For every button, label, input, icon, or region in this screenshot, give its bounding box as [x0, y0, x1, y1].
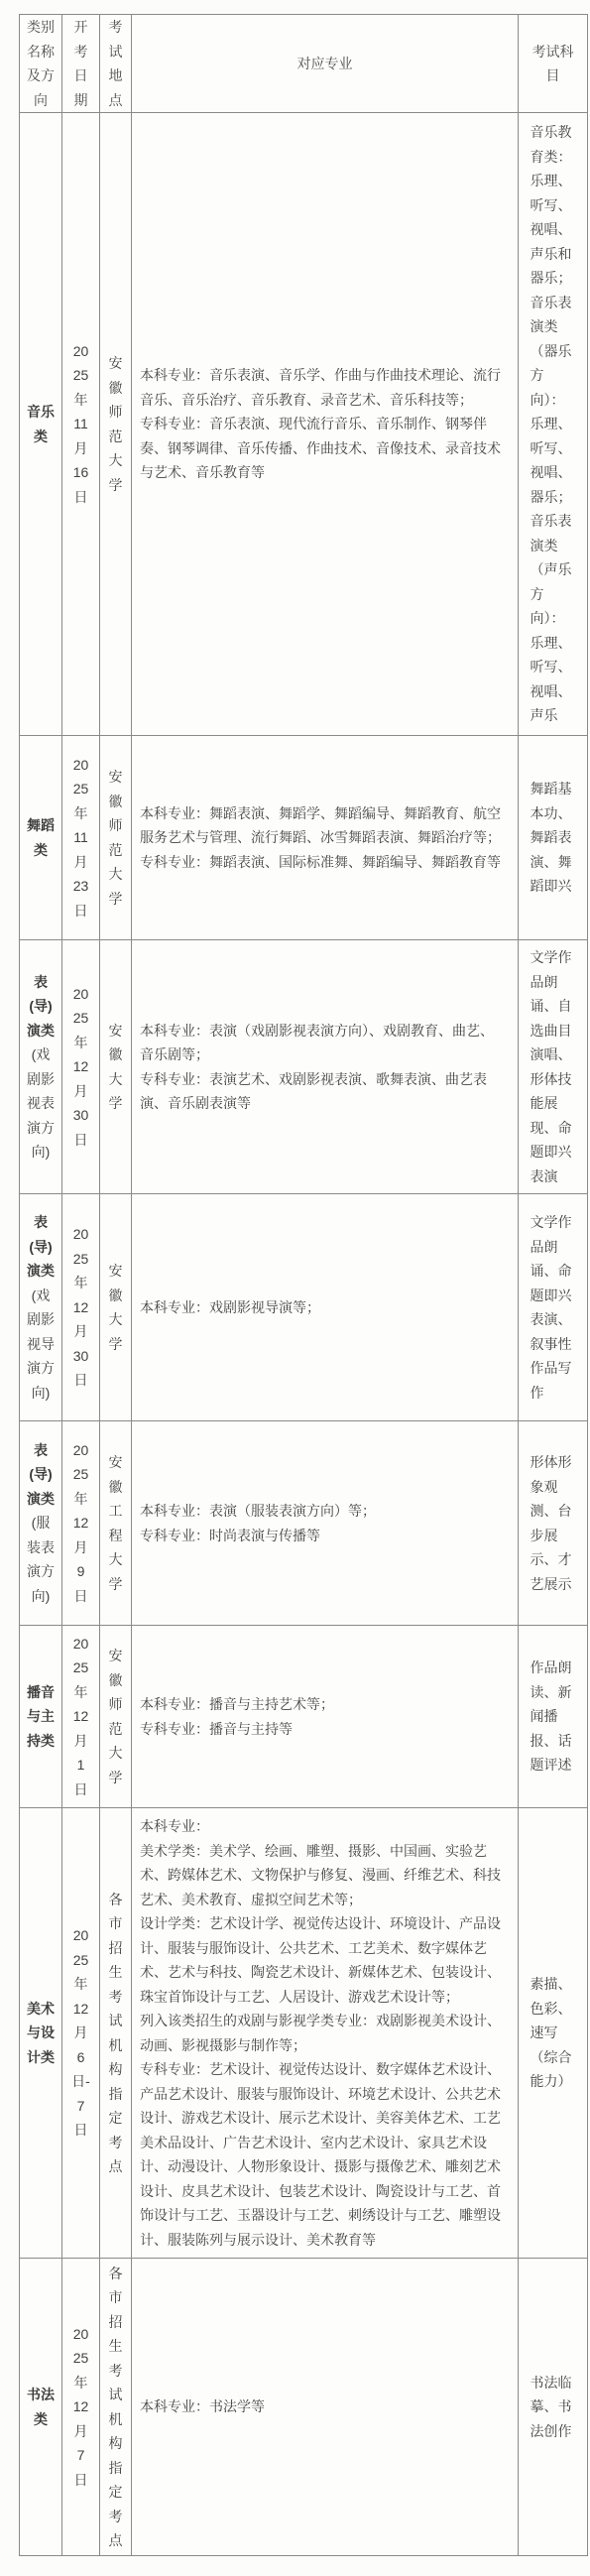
- exam-location-cell: 安徽大学: [100, 1194, 132, 1421]
- category-direction: (戏剧影视导演方向): [27, 1288, 55, 1401]
- majors-cell: 本科专业：美术学类：美术学、绘画、雕塑、摄影、中国画、实验艺术、跨媒体艺术、文物…: [132, 1808, 519, 2259]
- majors-paragraph: 设计学类：艺术设计学、视觉传达设计、环境设计、产品设计、服装与服饰设计、公共艺术…: [140, 1911, 506, 2009]
- majors-cell: 本科专业：戏剧影视导演等；: [132, 1194, 519, 1421]
- majors-paragraph: 本科专业：音乐表演、音乐学、作曲与作曲技术理论、流行音乐、音乐治疗、音乐教育、录…: [140, 363, 506, 412]
- category-cell: 表(导)演类(服装表演方向): [20, 1421, 62, 1626]
- header-exam-location-label: 考试地点: [108, 15, 123, 112]
- category-cell: 播音与主持类: [20, 1626, 62, 1808]
- majors-cell: 本科专业：书法学等: [132, 2259, 519, 2556]
- majors-paragraph: 本科专业：: [140, 1814, 506, 1839]
- majors-paragraph: 专科专业：艺术设计、视觉传达设计、数字媒体艺术设计、产品艺术设计、服装与服饰设计…: [140, 2057, 506, 2252]
- header-majors: 对应专业: [132, 15, 519, 113]
- majors-cell: 本科专业：播音与主持艺术等；专科专业：播音与主持等: [132, 1626, 519, 1808]
- exam-date-cell: 2025年12月6日-7日: [62, 1808, 100, 2259]
- majors-paragraph: 专科专业：舞蹈表演、国际标准舞、舞蹈编导、舞蹈教育等: [140, 850, 506, 875]
- subjects-text: 素描、色彩、速写（综合能力）: [531, 1972, 576, 2094]
- exam-date-cell: 2025年12月1日: [62, 1626, 100, 1808]
- exam-date: 2025年12月30日: [71, 982, 91, 1153]
- header-exam-date-label: 开考日期: [71, 15, 91, 112]
- majors-paragraph: 本科专业：戏剧影视导演等；: [140, 1295, 506, 1320]
- category-direction: (服装表演方向): [27, 1515, 55, 1604]
- exam-date-cell: 2025年12月30日: [62, 940, 100, 1194]
- majors-paragraph: 专科专业：时尚表演与传播等: [140, 1524, 506, 1548]
- subjects-text: 音乐教育类：乐理、听写、视唱、声乐和器乐；音乐表演类（器乐方向）：乐理、听写、视…: [531, 120, 576, 728]
- exam-location-cell: 各市招生考试机构指定考点: [100, 2259, 132, 2556]
- subjects-cell: 作品朗读、新闻播报、话题评述: [519, 1626, 588, 1808]
- subjects-cell: 文学作品朗诵、命题即兴表演、叙事性作品写作: [519, 1194, 588, 1421]
- category-name: 音乐类: [27, 404, 55, 444]
- subjects-cell: 书法临摹、书法创作: [519, 2259, 588, 2556]
- exam-schedule-page: 类别名称及方向 开考日期 考试地点 对应专业 考试科目 音乐类: [0, 0, 590, 2576]
- exam-date-cell: 2025年12月9日: [62, 1421, 100, 1626]
- subjects-text: 作品朗读、新闻播报、话题评述: [531, 1656, 576, 1778]
- header-category: 类别名称及方向: [20, 15, 62, 113]
- exam-location-cell: 安徽师范大学: [100, 1626, 132, 1808]
- subjects-cell: 文学作品朗诵、自选曲目演唱、形体技能展现、命题即兴表演: [519, 940, 588, 1194]
- category-cell: 书法类: [20, 2259, 62, 2556]
- subjects-text: 文学作品朗诵、命题即兴表演、叙事性作品写作: [531, 1210, 576, 1405]
- exam-date: 2025年12月6日-7日: [71, 1923, 91, 2143]
- exam-date: 2025年12月9日: [71, 1438, 91, 1609]
- exam-location: 安徽师范大学: [108, 1644, 123, 1789]
- exam-date-cell: 2025年11月16日: [62, 113, 100, 736]
- subjects-cell: 形体形象观测、台步展示、才艺展示: [519, 1421, 588, 1626]
- exam-location: 安徽大学: [108, 1259, 123, 1356]
- exam-location: 安徽师范大学: [108, 765, 123, 911]
- majors-cell: 本科专业：舞蹈表演、舞蹈学、舞蹈编导、舞蹈教育、航空服务艺术与管理、流行舞蹈、冰…: [132, 736, 519, 940]
- exam-schedule-table: 类别名称及方向 开考日期 考试地点 对应专业 考试科目 音乐类: [19, 14, 588, 2556]
- exam-location: 各市招生考试机构指定考点: [108, 1888, 123, 2179]
- table-row: 表(导)演类(戏剧影视表演方向) 2025年12月30日 安徽大学 本科专业：表…: [20, 940, 588, 1194]
- majors-paragraph: 专科专业：音乐表演、现代流行音乐、音乐制作、钢琴伴奏、钢琴调律、音乐传播、作曲技…: [140, 412, 506, 485]
- table-row: 播音与主持类 2025年12月1日 安徽师范大学 本科专业：播音与主持艺术等；专…: [20, 1626, 588, 1808]
- exam-date-cell: 2025年12月7日: [62, 2259, 100, 2556]
- table-row: 表(导)演类(戏剧影视导演方向) 2025年12月30日 安徽大学 本科专业：戏…: [20, 1194, 588, 1421]
- majors-paragraph: 专科专业：播音与主持等: [140, 1717, 506, 1742]
- subjects-text: 书法临摹、书法创作: [531, 2371, 576, 2444]
- header-row: 类别名称及方向 开考日期 考试地点 对应专业 考试科目: [20, 15, 588, 113]
- category-cell: 美术与设计类: [20, 1808, 62, 2259]
- header-majors-label: 对应专业: [297, 56, 353, 71]
- exam-date: 2025年12月1日: [71, 1632, 91, 1802]
- exam-location-cell: 安徽大学: [100, 940, 132, 1194]
- table-row: 舞蹈类 2025年11月23日 安徽师范大学 本科专业：舞蹈表演、舞蹈学、舞蹈编…: [20, 736, 588, 940]
- majors-paragraph: 本科专业：书法学等: [140, 2394, 506, 2419]
- category-cell: 音乐类: [20, 113, 62, 736]
- table-row: 书法类 2025年12月7日 各市招生考试机构指定考点 本科专业：书法学等 书法…: [20, 2259, 588, 2556]
- category-name: 美术与设计类: [27, 2001, 55, 2065]
- header-category-label: 类别名称及方向: [26, 15, 56, 112]
- table-row: 表(导)演类(服装表演方向) 2025年12月9日 安徽工程大学 本科专业：表演…: [20, 1421, 588, 1626]
- majors-paragraph: 本科专业：舞蹈表演、舞蹈学、舞蹈编导、舞蹈教育、航空服务艺术与管理、流行舞蹈、冰…: [140, 801, 506, 850]
- table-row: 音乐类 2025年11月16日 安徽师范大学 本科专业：音乐表演、音乐学、作曲与…: [20, 113, 588, 736]
- subjects-text: 舞蹈基本功、舞蹈表演、舞蹈即兴: [531, 777, 576, 899]
- exam-date: 2025年12月30日: [71, 1222, 91, 1393]
- category-name: 表(导)演类: [27, 974, 55, 1039]
- majors-paragraph: 本科专业：表演（服装表演方向）等；: [140, 1499, 506, 1524]
- majors-cell: 本科专业：表演（戏剧影视表演方向）、戏剧教育、曲艺、音乐剧等；专科专业：表演艺术…: [132, 940, 519, 1194]
- exam-location-cell: 各市招生考试机构指定考点: [100, 1808, 132, 2259]
- category-name: 表(导)演类: [27, 1442, 55, 1507]
- exam-date: 2025年11月16日: [71, 339, 91, 510]
- header-exam-date: 开考日期: [62, 15, 100, 113]
- majors-paragraph: 本科专业：表演（戏剧影视表演方向）、戏剧教育、曲艺、音乐剧等；: [140, 1019, 506, 1067]
- category-cell: 表(导)演类(戏剧影视导演方向): [20, 1194, 62, 1421]
- category-direction: (戏剧影视表演方向): [27, 1046, 55, 1160]
- category-name: 播音与主持类: [27, 1684, 55, 1749]
- exam-date-cell: 2025年11月23日: [62, 736, 100, 940]
- subjects-cell: 素描、色彩、速写（综合能力）: [519, 1808, 588, 2259]
- majors-paragraph: 美术学类：美术学、绘画、雕塑、摄影、中国画、实验艺术、跨媒体艺术、文物保护与修复…: [140, 1839, 506, 1912]
- exam-location: 安徽师范大学: [108, 351, 123, 497]
- exam-location: 各市招生考试机构指定考点: [108, 2262, 123, 2553]
- exam-location-cell: 安徽师范大学: [100, 113, 132, 736]
- majors-paragraph: 本科专业：播音与主持艺术等；: [140, 1692, 506, 1717]
- header-subjects-label: 考试科目: [531, 40, 576, 88]
- exam-location: 安徽工程大学: [108, 1450, 123, 1596]
- exam-location-cell: 安徽工程大学: [100, 1421, 132, 1626]
- subjects-text: 形体形象观测、台步展示、才艺展示: [531, 1450, 576, 1596]
- exam-location-cell: 安徽师范大学: [100, 736, 132, 940]
- header-exam-location: 考试地点: [100, 15, 132, 113]
- category-name: 舞蹈类: [27, 817, 55, 858]
- exam-date: 2025年12月7日: [71, 2322, 91, 2493]
- majors-cell: 本科专业：音乐表演、音乐学、作曲与作曲技术理论、流行音乐、音乐治疗、音乐教育、录…: [132, 113, 519, 736]
- category-cell: 舞蹈类: [20, 736, 62, 940]
- subjects-text: 文学作品朗诵、自选曲目演唱、形体技能展现、命题即兴表演: [531, 945, 576, 1188]
- subjects-cell: 舞蹈基本功、舞蹈表演、舞蹈即兴: [519, 736, 588, 940]
- category-name: 书法类: [27, 2387, 55, 2427]
- subjects-cell: 音乐教育类：乐理、听写、视唱、声乐和器乐；音乐表演类（器乐方向）：乐理、听写、视…: [519, 113, 588, 736]
- majors-paragraph: 列入该类招生的戏剧与影视学类专业：戏剧影视美术设计、动画、影视摄影与制作等；: [140, 2009, 506, 2057]
- header-subjects: 考试科目: [519, 15, 588, 113]
- exam-date: 2025年11月23日: [71, 753, 91, 923]
- exam-location: 安徽大学: [108, 1019, 123, 1116]
- majors-cell: 本科专业：表演（服装表演方向）等；专科专业：时尚表演与传播等: [132, 1421, 519, 1626]
- exam-date-cell: 2025年12月30日: [62, 1194, 100, 1421]
- majors-paragraph: 专科专业：表演艺术、戏剧影视表演、歌舞表演、曲艺表演、音乐剧表演等: [140, 1067, 506, 1116]
- table-row: 美术与设计类 2025年12月6日-7日 各市招生考试机构指定考点 本科专业：美…: [20, 1808, 588, 2259]
- category-cell: 表(导)演类(戏剧影视表演方向): [20, 940, 62, 1194]
- category-name: 表(导)演类: [27, 1214, 55, 1279]
